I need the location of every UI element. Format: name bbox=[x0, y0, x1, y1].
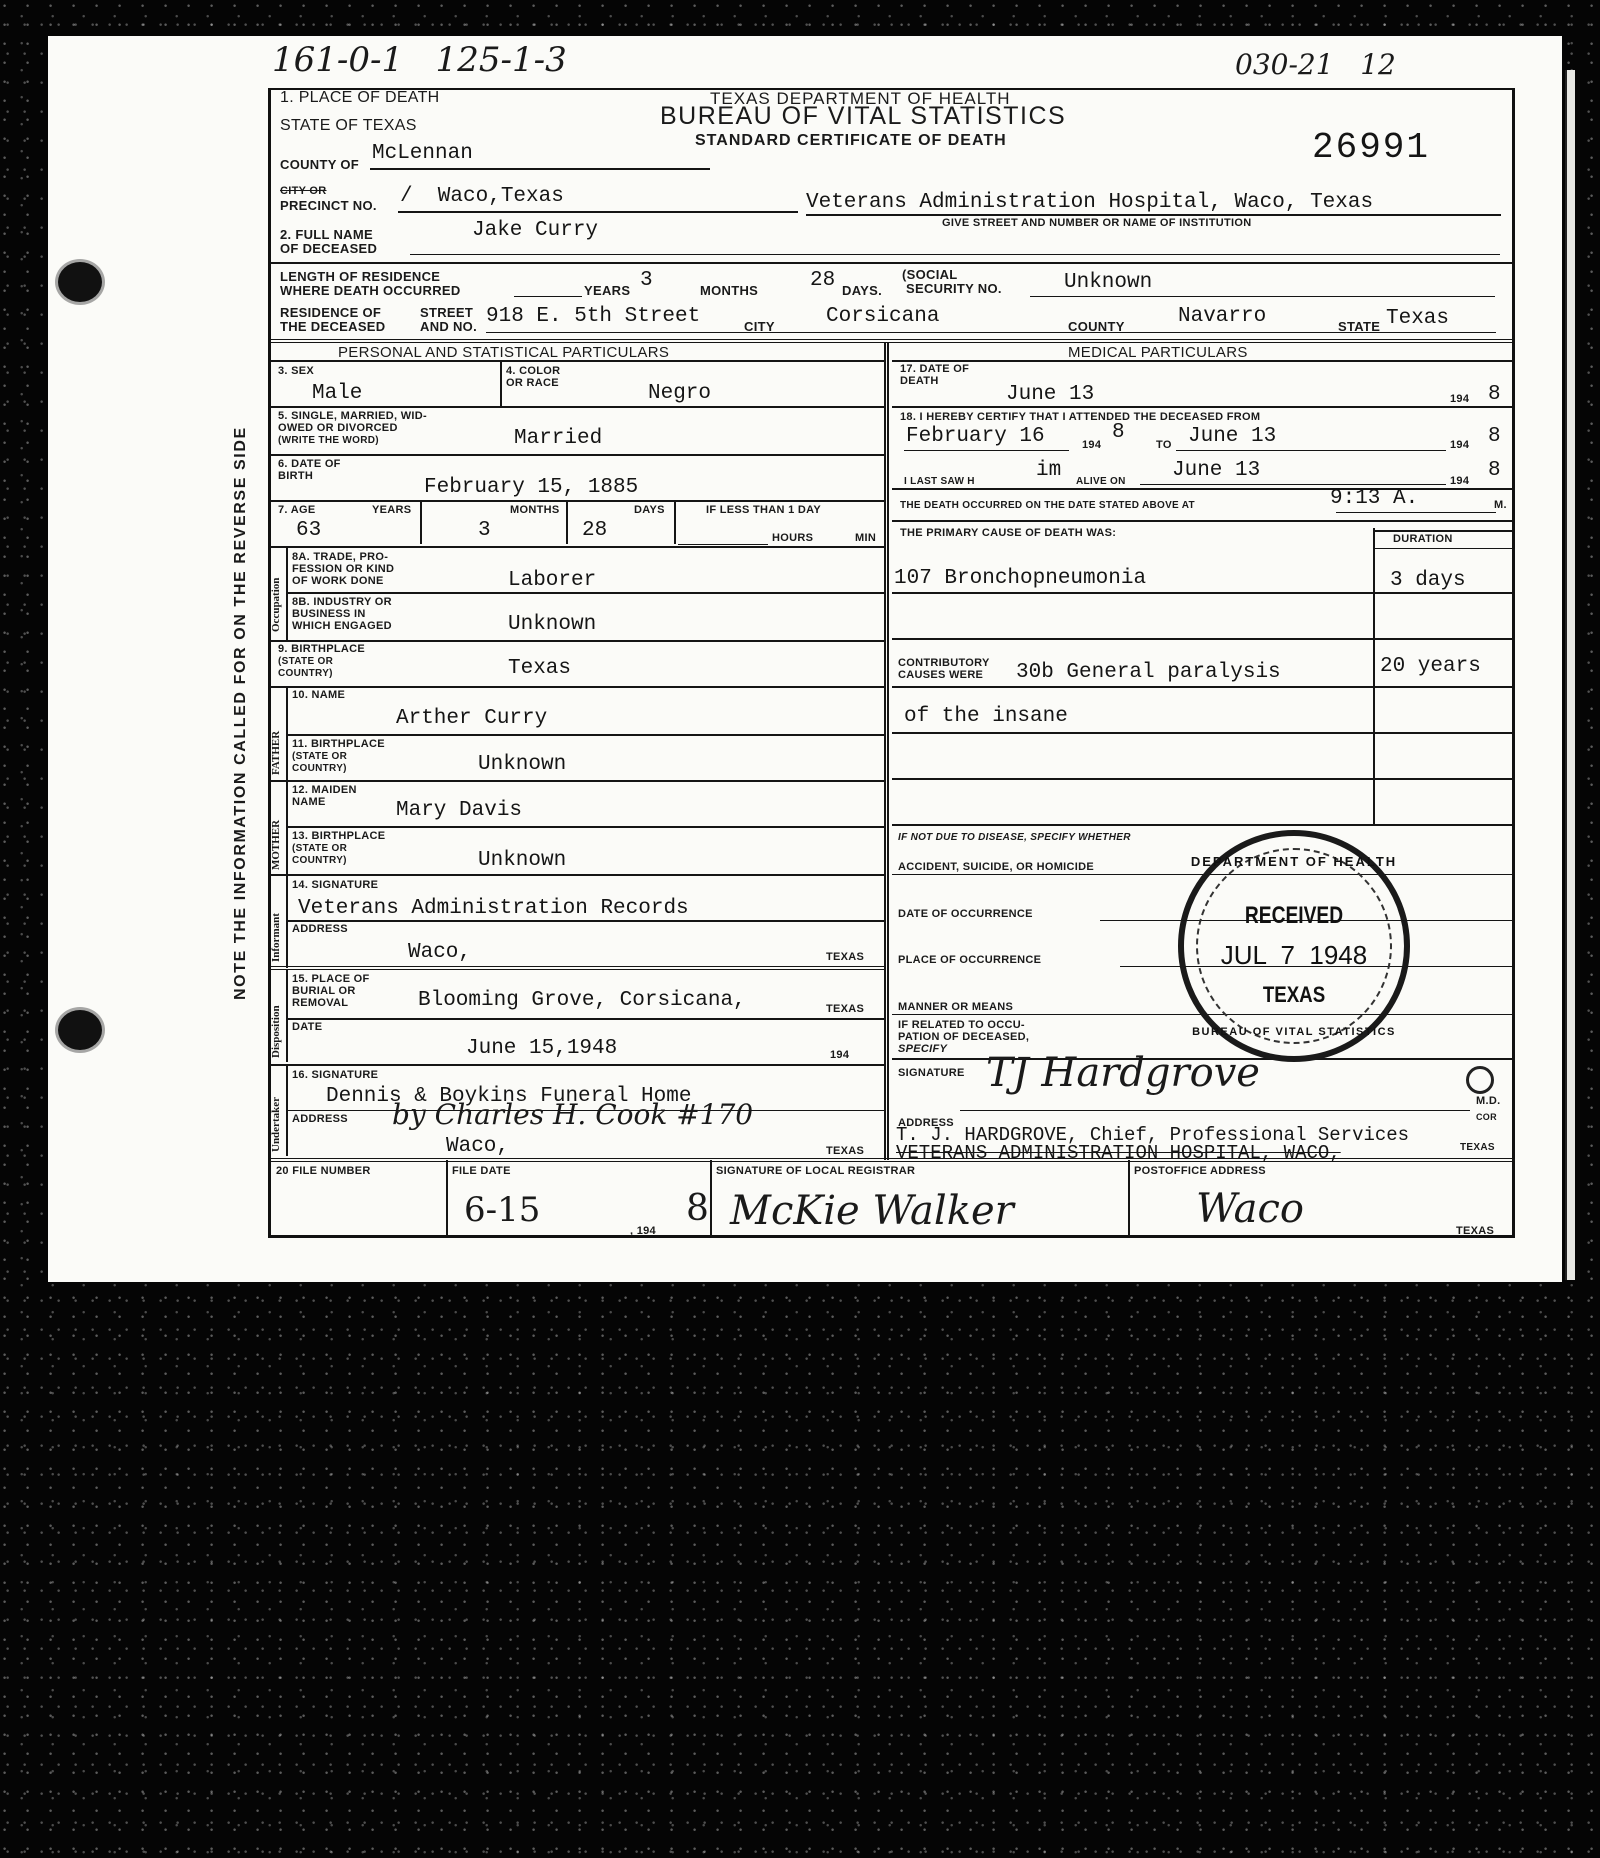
residence-state: Texas bbox=[1386, 308, 1449, 330]
death-time: 9:13 A. bbox=[1330, 488, 1418, 510]
attended-to-year-prefix: 194 bbox=[1450, 440, 1469, 451]
death-time-label: THE DEATH OCCURRED ON THE DATE STATED AB… bbox=[900, 500, 1195, 511]
full-name-label-2: OF DECEASED bbox=[280, 242, 377, 255]
sex-label: 3. SEX bbox=[278, 366, 314, 377]
city-of-death: / Waco,Texas bbox=[400, 186, 564, 208]
accident-label: ACCIDENT, SUICIDE, OR HOMICIDE bbox=[898, 862, 1094, 873]
age-years: 63 bbox=[296, 520, 321, 542]
burial-label: 15. PLACE OF bbox=[292, 974, 370, 985]
days-label: DAYS. bbox=[842, 284, 882, 297]
physician-signature: TJ Hardgrove bbox=[986, 1050, 1260, 1096]
stamp-date: JUL 7 1948 bbox=[1184, 940, 1404, 971]
industry-label: 8B. INDUSTRY OR bbox=[292, 597, 392, 608]
occurrence-place-label: PLACE OF OCCURRENCE bbox=[898, 955, 1041, 966]
informant-texas-label: TEXAS bbox=[826, 952, 864, 963]
precinct-label: PRECINCT NO. bbox=[280, 199, 377, 212]
social-security-number: Unknown bbox=[1064, 272, 1152, 294]
birthplace-label-2: (STATE OR bbox=[278, 656, 333, 667]
occupation-related-label-2: PATION OF DECEASED, bbox=[898, 1032, 1029, 1043]
marital-label-2: OWED OR DIVORCED bbox=[278, 423, 398, 434]
primary-cause-duration: 3 days bbox=[1390, 570, 1466, 592]
trade-label-2: FESSION OR KIND bbox=[292, 564, 394, 575]
punch-hole-icon bbox=[58, 262, 102, 302]
attended-to-year: 8 bbox=[1488, 426, 1501, 448]
last-saw-pronoun: im bbox=[1036, 460, 1061, 482]
mother-maiden-label: 12. MAIDEN bbox=[292, 785, 357, 796]
attended-from-year-prefix: 194 bbox=[1082, 440, 1101, 451]
seal-mark-icon bbox=[1466, 1066, 1494, 1094]
sex-value: Male bbox=[312, 383, 362, 405]
city-label-struck: CITY OR bbox=[280, 186, 327, 197]
occupation-industry: Unknown bbox=[508, 614, 596, 636]
age-days: 28 bbox=[582, 520, 607, 542]
residence-label-2: THE DECEASED bbox=[280, 320, 385, 333]
burial-place: Blooming Grove, Corsicana, bbox=[418, 990, 746, 1012]
physician-signature-label: SIGNATURE bbox=[898, 1068, 965, 1079]
mother-maiden-name: Mary Davis bbox=[396, 800, 522, 822]
death-year-digit: 8 bbox=[1488, 384, 1501, 406]
handwritten-file-code-left: 161-0-1 125-1-3 bbox=[272, 40, 567, 80]
postoffice-label: POSTOFFICE ADDRESS bbox=[1134, 1166, 1266, 1177]
race-label-2: OR RACE bbox=[506, 378, 559, 389]
marital-status: Married bbox=[514, 428, 602, 450]
mother-birthplace-label-3: COUNTRY) bbox=[292, 855, 347, 866]
informant-address-label: ADDRESS bbox=[292, 924, 348, 935]
place-of-death-label: 1. PLACE OF DEATH bbox=[280, 90, 440, 106]
father-side-label: FATHER bbox=[270, 731, 282, 775]
undertaker-handwritten: by Charles H. Cook #170 bbox=[392, 1098, 753, 1131]
full-name-label: 2. FULL NAME bbox=[280, 228, 373, 241]
county-label: COUNTY OF bbox=[280, 158, 359, 171]
alive-on-label: ALIVE ON bbox=[1076, 476, 1126, 487]
stamp-state: TEXAS bbox=[1201, 982, 1388, 1008]
contributory-label-2: CAUSES WERE bbox=[898, 670, 983, 681]
occupation-related-label-3: SPECIFY bbox=[898, 1044, 947, 1055]
death-year-prefix: 194 bbox=[1450, 394, 1469, 405]
received-stamp: DEPARTMENT OF HEALTH RECEIVED JUL 7 1948… bbox=[1178, 830, 1410, 1062]
file-date-label: FILE DATE bbox=[452, 1166, 511, 1177]
age-months: 3 bbox=[478, 520, 491, 542]
filing-texas-label: TEXAS bbox=[1456, 1226, 1494, 1237]
postoffice-address: Waco bbox=[1196, 1186, 1304, 1232]
county-of-death: McLennan bbox=[372, 143, 473, 165]
deceased-full-name: Jake Curry bbox=[472, 220, 598, 242]
state-of-texas-label: STATE OF TEXAS bbox=[280, 118, 417, 134]
file-year-digit: 8 bbox=[686, 1188, 709, 1229]
mother-birthplace-label-2: (STATE OR bbox=[292, 843, 347, 854]
burial-label-2: BURIAL OR bbox=[292, 986, 356, 997]
contributory-label: CONTRIBUTORY bbox=[898, 658, 990, 669]
certificate-number: 26991 bbox=[1312, 130, 1430, 166]
father-birthplace-label: 11. BIRTHPLACE bbox=[292, 739, 385, 750]
burial-label-3: REMOVAL bbox=[292, 998, 348, 1009]
file-year-prefix: , 194 bbox=[630, 1226, 656, 1237]
reverse-side-note: NOTE THE INFORMATION CALLED FOR ON THE R… bbox=[232, 426, 250, 1000]
mother-maiden-label-2: NAME bbox=[292, 797, 326, 808]
burial-year-prefix: 194 bbox=[830, 1050, 849, 1061]
last-saw-label: I LAST SAW H bbox=[904, 476, 975, 487]
trade-label-3: OF WORK DONE bbox=[292, 576, 384, 587]
duration-label: DURATION bbox=[1393, 534, 1453, 545]
informant-name: Veterans Administration Records bbox=[298, 898, 689, 920]
institution-hint: GIVE STREET AND NUMBER OR NAME OF INSTIT… bbox=[942, 218, 1251, 229]
file-date: 6-15 bbox=[464, 1190, 540, 1230]
ssn-label: (SOCIAL bbox=[902, 268, 958, 281]
informant-address: Waco, bbox=[408, 942, 471, 964]
father-name: Arther Curry bbox=[396, 708, 547, 730]
institution-name: Veterans Administration Hospital, Waco, … bbox=[806, 192, 1373, 214]
mother-birthplace-label: 13. BIRTHPLACE bbox=[292, 831, 385, 842]
age-years-label: YEARS bbox=[372, 505, 411, 516]
street-label: STREET bbox=[420, 306, 473, 319]
trade-label: 8A. TRADE, PRO- bbox=[292, 552, 388, 563]
dob-label: 6. DATE OF bbox=[278, 459, 341, 470]
contributory-cause-line2: of the insane bbox=[904, 706, 1068, 728]
burial-date: June 15,1948 bbox=[466, 1038, 617, 1060]
occupation-side-label: Occupation bbox=[270, 578, 282, 632]
paper-edge-strip bbox=[1565, 70, 1575, 1280]
manner-label: MANNER OR MEANS bbox=[898, 1002, 1013, 1013]
last-saw-date: June 13 bbox=[1172, 460, 1260, 482]
race-value: Negro bbox=[648, 383, 711, 405]
birthplace-label-3: COUNTRY) bbox=[278, 668, 333, 679]
undertaker-signature-label: 16. SIGNATURE bbox=[292, 1070, 378, 1081]
to-label: TO bbox=[1156, 440, 1172, 451]
birthplace-value: Texas bbox=[508, 658, 571, 680]
residence-county: Navarro bbox=[1178, 306, 1266, 328]
stamp-received: RECEIVED bbox=[1206, 902, 1382, 930]
attended-to: June 13 bbox=[1188, 426, 1276, 448]
marital-label-3: (WRITE THE WORD) bbox=[278, 435, 379, 446]
age-label: 7. AGE bbox=[278, 505, 315, 516]
file-number-label: 20 FILE NUMBER bbox=[276, 1166, 371, 1177]
father-birthplace-label-3: COUNTRY) bbox=[292, 763, 347, 774]
mother-side-label: MOTHER bbox=[270, 820, 282, 870]
residence-years: 3 bbox=[640, 270, 653, 292]
primary-cause: 107 Bronchopneumonia bbox=[894, 568, 1146, 590]
date-of-death: June 13 bbox=[1006, 384, 1094, 406]
residence-city: Corsicana bbox=[826, 306, 939, 328]
last-saw-year: 8 bbox=[1488, 460, 1501, 482]
occurrence-date-label: DATE OF OCCURRENCE bbox=[898, 909, 1033, 920]
min-label: MIN bbox=[855, 533, 876, 544]
residence-length-label: LENGTH OF RESIDENCE bbox=[280, 270, 440, 283]
age-days-label: DAYS bbox=[634, 505, 665, 516]
informant-signature-label: 14. SIGNATURE bbox=[292, 880, 378, 891]
residence-months: 28 bbox=[810, 270, 835, 292]
medical-section-title: MEDICAL PARTICULARS bbox=[1068, 346, 1248, 359]
race-label: 4. COLOR bbox=[506, 366, 560, 377]
occupation-related-label: IF RELATED TO OCCU- bbox=[898, 1020, 1025, 1031]
undertaker-side-label: Undertaker bbox=[270, 1097, 282, 1152]
undertaker-texas-label: TEXAS bbox=[826, 1146, 864, 1157]
not-disease-label: IF NOT DUE TO DISEASE, SPECIFY WHETHER bbox=[898, 832, 1131, 843]
burial-texas-label: TEXAS bbox=[826, 1004, 864, 1015]
age-months-label: MONTHS bbox=[510, 505, 559, 516]
death-time-suffix: M. bbox=[1494, 500, 1507, 511]
father-birthplace-label-2: (STATE OR bbox=[292, 751, 347, 762]
stamp-ring-bottom: BUREAU OF VITAL STATISTICS bbox=[1184, 1026, 1404, 1038]
punch-hole-icon bbox=[58, 1010, 102, 1050]
undertaker-address: Waco, bbox=[446, 1136, 509, 1158]
ssn-label-2: SECURITY NO. bbox=[906, 282, 1002, 295]
burial-date-label: DATE bbox=[292, 1022, 322, 1033]
residence-length-label-2: WHERE DEATH OCCURRED bbox=[280, 284, 461, 297]
industry-label-2: BUSINESS IN bbox=[292, 609, 366, 620]
mother-birthplace: Unknown bbox=[478, 850, 566, 872]
father-birthplace: Unknown bbox=[478, 754, 566, 776]
occupation-trade: Laborer bbox=[508, 570, 596, 592]
attended-from: February 16 bbox=[906, 426, 1045, 448]
attended-label: 18. I HEREBY CERTIFY THAT I ATTENDED THE… bbox=[900, 412, 1260, 423]
disposition-side-label: Disposition bbox=[270, 1005, 282, 1058]
months-label: MONTHS bbox=[700, 284, 758, 297]
birthplace-label: 9. BIRTHPLACE bbox=[278, 644, 365, 655]
bureau-title: BUREAU OF VITAL STATISTICS bbox=[660, 110, 1066, 123]
attended-from-year: 8 bbox=[1112, 422, 1125, 444]
less-than-day-label: IF LESS THAN 1 DAY bbox=[706, 505, 821, 516]
date-of-birth: February 15, 1885 bbox=[424, 477, 638, 499]
residence-street: 918 E. 5th Street bbox=[486, 306, 700, 328]
industry-label-3: WHICH ENGAGED bbox=[292, 621, 392, 632]
death-date-label: 17. DATE OF bbox=[900, 364, 969, 375]
form-title: STANDARD CERTIFICATE OF DEATH bbox=[695, 134, 1007, 147]
informant-side-label: Informant bbox=[270, 913, 282, 962]
marital-label: 5. SINGLE, MARRIED, WID- bbox=[278, 411, 427, 422]
registrar-label: SIGNATURE OF LOCAL REGISTRAR bbox=[716, 1166, 915, 1177]
stamp-ring-top: DEPARTMENT OF HEALTH bbox=[1184, 854, 1404, 869]
hours-label: HOURS bbox=[772, 533, 813, 544]
contributory-cause-line1: 30b General paralysis bbox=[1016, 662, 1281, 684]
undertaker-address-label: ADDRESS bbox=[292, 1114, 348, 1125]
street-label-2: AND NO. bbox=[420, 320, 477, 333]
primary-cause-label: THE PRIMARY CAUSE OF DEATH WAS: bbox=[900, 528, 1116, 539]
death-date-label-2: DEATH bbox=[900, 376, 939, 387]
years-label: YEARS bbox=[584, 284, 630, 297]
residence-label: RESIDENCE OF bbox=[280, 306, 381, 319]
physician-texas-label: TEXAS bbox=[1460, 1142, 1495, 1153]
father-name-label: 10. NAME bbox=[292, 690, 345, 701]
dob-label-2: BIRTH bbox=[278, 471, 313, 482]
cor-label: COR bbox=[1476, 1112, 1497, 1123]
md-label: M.D. bbox=[1476, 1096, 1500, 1107]
personal-section-title: PERSONAL AND STATISTICAL PARTICULARS bbox=[338, 346, 669, 359]
contributory-cause-duration: 20 years bbox=[1380, 656, 1481, 678]
registrar-signature: McKie Walker bbox=[730, 1188, 1014, 1234]
handwritten-file-code-right: 030-21 12 bbox=[1235, 48, 1396, 81]
last-saw-year-prefix: 194 bbox=[1450, 476, 1469, 487]
